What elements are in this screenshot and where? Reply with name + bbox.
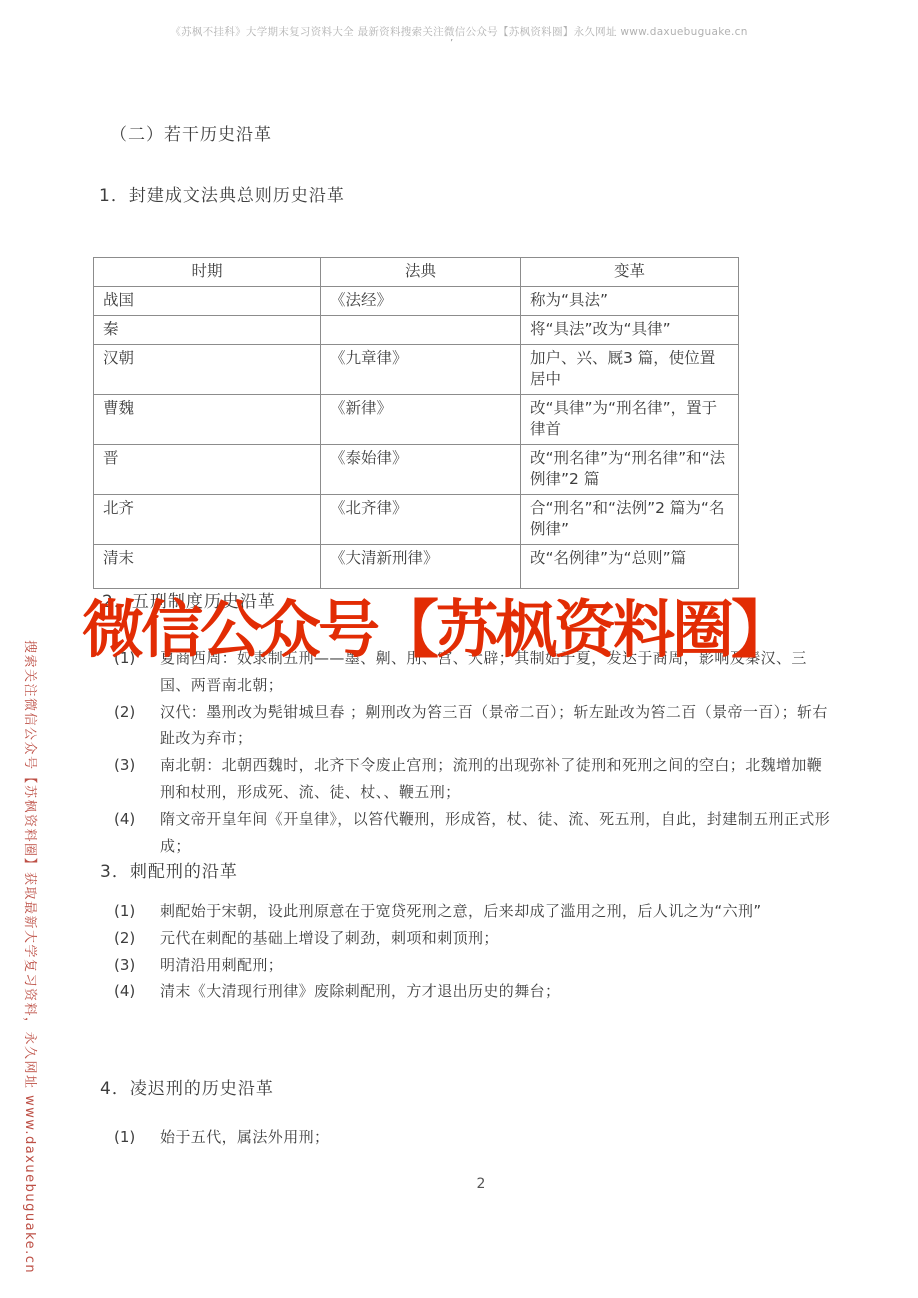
table-cell: 将“具法”改为“具律” bbox=[521, 316, 739, 345]
table-cell: 《九章律》 bbox=[321, 345, 521, 395]
list-item-text: 元代在刺配的基础上增设了刺劲，刺项和刺顶刑； bbox=[160, 925, 833, 952]
list-item-text: 清末《大清现行刑律》废除刺配刑，方才退出历史的舞台； bbox=[160, 978, 833, 1005]
list-item: (2) 元代在刺配的基础上增设了刺劲，刺项和刺顶刑； bbox=[93, 925, 833, 952]
list-item-text: 始于五代，属法外用刑； bbox=[160, 1124, 833, 1151]
table-cell: 战国 bbox=[94, 287, 321, 316]
column-header-change: 变革 bbox=[521, 258, 739, 287]
list-item: (4) 清末《大清现行刑律》废除刺配刑，方才退出历史的舞台； bbox=[93, 978, 833, 1005]
list-item-number: (2) bbox=[93, 699, 160, 726]
list-item-number: (2) bbox=[93, 925, 160, 952]
table-cell: 《大清新刑律》 bbox=[321, 545, 521, 589]
cipei-punishment-list: (1) 刺配始于宋朝，设此刑原意在于宽贷死刑之意，后来却成了滥用之刑，后人讥之为… bbox=[93, 898, 833, 1005]
section-heading-2: （二）若干历史沿革 bbox=[110, 120, 272, 145]
table-cell: 《新律》 bbox=[321, 395, 521, 445]
table-row: 秦 将“具法”改为“具律” bbox=[94, 316, 739, 345]
list-item: (1) 始于五代，属法外用刑； bbox=[93, 1124, 833, 1151]
five-punishments-list: (1) 夏商西周：奴隶制五刑——墨、劓、刖、宫、大辟；其制始于夏，发达于商周，影… bbox=[93, 645, 833, 859]
table-row: 曹魏 《新律》 改“具律”为“刑名律”，置于律首 bbox=[94, 395, 739, 445]
column-header-period: 时期 bbox=[94, 258, 321, 287]
list-item: (4) 隋文帝开皇年间《开皇律》，以笞代鞭刑，形成笞，杖、徒、流、死五刑，自此，… bbox=[93, 806, 833, 860]
list-item: (3) 南北朝：北朝西魏时，北齐下令废止宫刑；流刑的出现弥补了徒刑和死刑之间的空… bbox=[93, 752, 833, 806]
table-cell: 合“刑名”和“法例”2 篇为“名例律” bbox=[521, 495, 739, 545]
column-header-code: 法典 bbox=[321, 258, 521, 287]
legal-codes-history-table: 时期 法典 变革 战国 《法经》 称为“具法” 秦 将“具法”改为“具律” 汉朝… bbox=[93, 257, 739, 589]
table-row: 晋 《泰始律》 改“刑名律”为“刑名律”和“法例律”2 篇 bbox=[94, 445, 739, 495]
table-row: 汉朝 《九章律》 加户、兴、厩3 篇，使位置居中 bbox=[94, 345, 739, 395]
list-item-number: (4) bbox=[93, 978, 160, 1005]
table-cell: 秦 bbox=[94, 316, 321, 345]
list-item-text: 刺配始于宋朝，设此刑原意在于宽贷死刑之意，后来却成了滥用之刑，后人讥之为“六刑” bbox=[160, 898, 833, 925]
lingchi-punishment-list: (1) 始于五代，属法外用刑； bbox=[93, 1124, 833, 1151]
table-row: 北齐 《北齐律》 合“刑名”和“法例”2 篇为“名例律” bbox=[94, 495, 739, 545]
document-page: 《苏枫不挂科》大学期末复习资料大全 最新资料搜索关注微信公众号【苏枫资料圈】永久… bbox=[0, 0, 918, 1298]
list-item-text: 隋文帝开皇年间《开皇律》，以笞代鞭刑，形成笞，杖、徒、流、死五刑，自此，封建制五… bbox=[160, 806, 833, 860]
subsection-heading-3: 3．刺配刑的沿革 bbox=[100, 857, 238, 882]
table-cell: 称为“具法” bbox=[521, 287, 739, 316]
table-cell: 北齐 bbox=[94, 495, 321, 545]
table-row: 清末 《大清新刑律》 改“名例律”为“总则”篇 bbox=[94, 545, 739, 589]
table-cell: 改“刑名律”为“刑名律”和“法例律”2 篇 bbox=[521, 445, 739, 495]
table-cell bbox=[321, 316, 521, 345]
subsection-heading-1: 1．封建成文法典总则历史沿革 bbox=[99, 181, 345, 206]
list-item-text: 明清沿用刺配刑； bbox=[160, 952, 833, 979]
table-cell: 晋 bbox=[94, 445, 321, 495]
list-item: (3) 明清沿用刺配刑； bbox=[93, 952, 833, 979]
table-cell: 清末 bbox=[94, 545, 321, 589]
list-item: (1) 刺配始于宋朝，设此刑原意在于宽贷死刑之意，后来却成了滥用之刑，后人讥之为… bbox=[93, 898, 833, 925]
header-artifact-mark: ’ bbox=[450, 38, 453, 49]
page-number: 2 bbox=[0, 1176, 918, 1192]
list-item-number: (3) bbox=[93, 952, 160, 979]
table-cell: 改“具律”为“刑名律”，置于律首 bbox=[521, 395, 739, 445]
table-cell: 改“名例律”为“总则”篇 bbox=[521, 545, 739, 589]
table-cell: 《泰始律》 bbox=[321, 445, 521, 495]
list-item-number: (4) bbox=[93, 806, 160, 833]
table-row: 战国 《法经》 称为“具法” bbox=[94, 287, 739, 316]
table-cell: 《北齐律》 bbox=[321, 495, 521, 545]
table-header-row: 时期 法典 变革 bbox=[94, 258, 739, 287]
left-vertical-watermark: 搜索关注微信公众号【苏枫资料圈】获取最新大学复习资料，永久网址 www.daxu… bbox=[22, 640, 41, 1274]
list-item-number: (1) bbox=[93, 898, 160, 925]
table-cell: 汉朝 bbox=[94, 345, 321, 395]
center-red-watermark: 微信公众号【苏枫资料圈】 bbox=[82, 594, 790, 665]
list-item-number: (3) bbox=[93, 752, 160, 779]
table-cell: 《法经》 bbox=[321, 287, 521, 316]
site-header-text: 《苏枫不挂科》大学期末复习资料大全 最新资料搜索关注微信公众号【苏枫资料圈】永久… bbox=[0, 24, 918, 39]
table-cell: 曹魏 bbox=[94, 395, 321, 445]
list-item-text: 南北朝：北朝西魏时，北齐下令废止宫刑；流刑的出现弥补了徒刑和死刑之间的空白；北魏… bbox=[160, 752, 833, 806]
list-item-text: 汉代：墨刑改为髡钳城旦春 ；劓刑改为笞三百（景帝二百）；斩左趾改为笞二百（景帝一… bbox=[160, 699, 833, 753]
list-item: (2) 汉代：墨刑改为髡钳城旦春 ；劓刑改为笞三百（景帝二百）；斩左趾改为笞二百… bbox=[93, 699, 833, 753]
table-cell: 加户、兴、厩3 篇，使位置居中 bbox=[521, 345, 739, 395]
list-item-number: (1) bbox=[93, 1124, 160, 1151]
subsection-heading-4: 4．凌迟刑的历史沿革 bbox=[100, 1074, 274, 1099]
